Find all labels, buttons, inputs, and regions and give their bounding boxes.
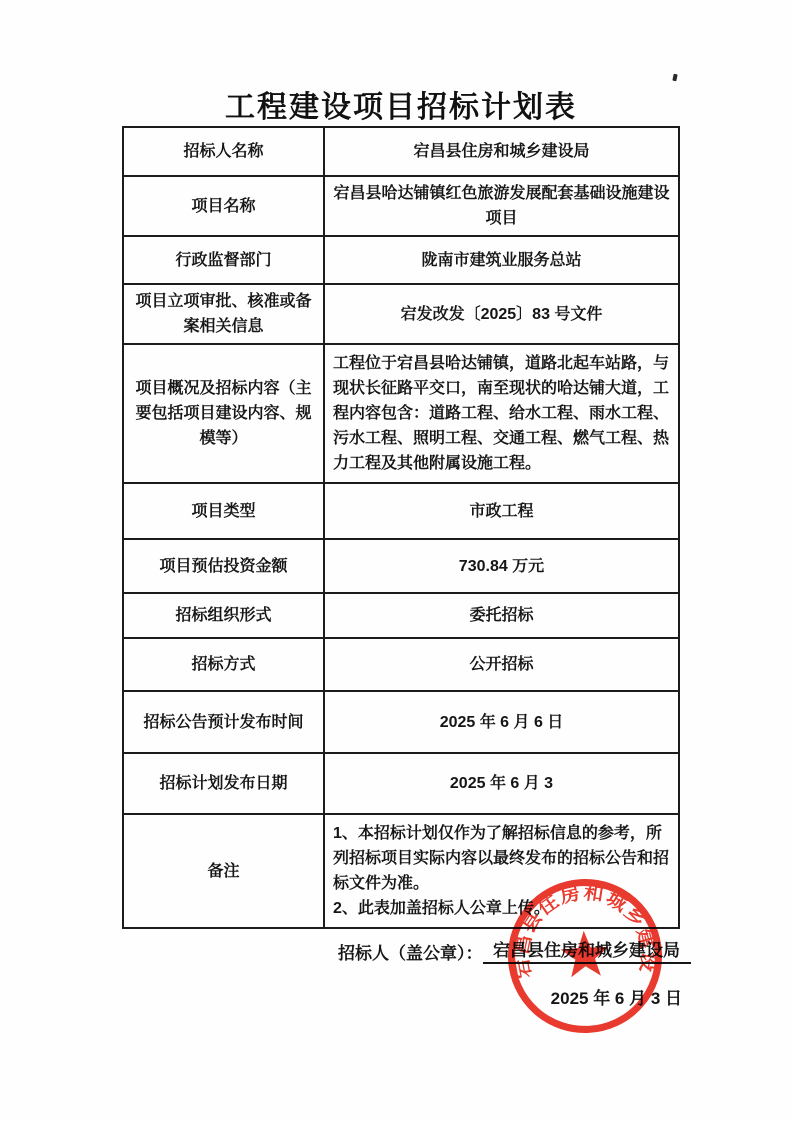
table-row: 行政监督部门 陇南市建筑业服务总站 <box>123 236 679 284</box>
row-label-tender-method: 招标方式 <box>123 638 324 691</box>
official-seal-stamp: 宕昌县住房和城乡建设局 <box>502 873 668 1039</box>
row-value-tender-method: 公开招标 <box>324 638 679 691</box>
row-label-announcement-date: 招标公告预计发布时间 <box>123 691 324 753</box>
row-value-project-type: 市政工程 <box>324 483 679 539</box>
page-title: 工程建设项目招标计划表 <box>122 82 680 126</box>
row-value-estimated-investment: 730.84 万元 <box>324 539 679 593</box>
table-row: 项目概况及招标内容（主要包括项目建设内容、规模等） 工程位于宕昌县哈达铺镇，道路… <box>123 344 679 483</box>
table-row: 招标计划发布日期 2025 年 6 月 3 <box>123 753 679 814</box>
row-value-organization-form: 委托招标 <box>324 593 679 638</box>
row-label-organization-form: 招标组织形式 <box>123 593 324 638</box>
row-value-supervision-dept: 陇南市建筑业服务总站 <box>324 236 679 284</box>
table-row: 招标组织形式 委托招标 <box>123 593 679 638</box>
table-row: 招标方式 公开招标 <box>123 638 679 691</box>
row-value-tenderer-name: 宕昌县住房和城乡建设局 <box>324 127 679 176</box>
row-label-estimated-investment: 项目预估投资金额 <box>123 539 324 593</box>
table-row: 项目类型 市政工程 <box>123 483 679 539</box>
row-label-plan-publish-date: 招标计划发布日期 <box>123 753 324 814</box>
table-row: 招标公告预计发布时间 2025 年 6 月 6 日 <box>123 691 679 753</box>
table-row: 招标人名称 宕昌县住房和城乡建设局 <box>123 127 679 176</box>
tender-plan-table: 招标人名称 宕昌县住房和城乡建设局 项目名称 宕昌县哈达铺镇红色旅游发展配套基础… <box>122 126 680 929</box>
row-label-remarks: 备注 <box>123 814 324 928</box>
row-label-supervision-dept: 行政监督部门 <box>123 236 324 284</box>
row-value-project-overview: 工程位于宕昌县哈达铺镇，道路北起车站路，与现状长征路平交口，南至现状的哈达铺大道… <box>324 344 679 483</box>
row-value-announcement-date: 2025 年 6 月 6 日 <box>324 691 679 753</box>
seal-star-icon <box>560 929 610 977</box>
row-label-approval-info: 项目立项审批、核准或备案相关信息 <box>123 284 324 344</box>
signer-label: 招标人（盖公章）： <box>338 939 483 964</box>
row-label-project-type: 项目类型 <box>123 483 324 539</box>
row-value-project-name: 宕昌县哈达铺镇红色旅游发展配套基础设施建设项目 <box>324 176 679 236</box>
table-row: 项目名称 宕昌县哈达铺镇红色旅游发展配套基础设施建设项目 <box>123 176 679 236</box>
row-label-project-name: 项目名称 <box>123 176 324 236</box>
table-row: 项目立项审批、核准或备案相关信息 宕发改发〔2025〕83 号文件 <box>123 284 679 344</box>
ink-speck <box>672 74 677 82</box>
row-label-tenderer-name: 招标人名称 <box>123 127 324 176</box>
row-value-plan-publish-date: 2025 年 6 月 3 <box>324 753 679 814</box>
table-row: 项目预估投资金额 730.84 万元 <box>123 539 679 593</box>
document-page: 工程建设项目招标计划表 招标人名称 宕昌县住房和城乡建设局 项目名称 宕昌县哈达… <box>0 0 793 1122</box>
row-label-project-overview: 项目概况及招标内容（主要包括项目建设内容、规模等） <box>123 344 324 483</box>
row-value-approval-info: 宕发改发〔2025〕83 号文件 <box>324 284 679 344</box>
